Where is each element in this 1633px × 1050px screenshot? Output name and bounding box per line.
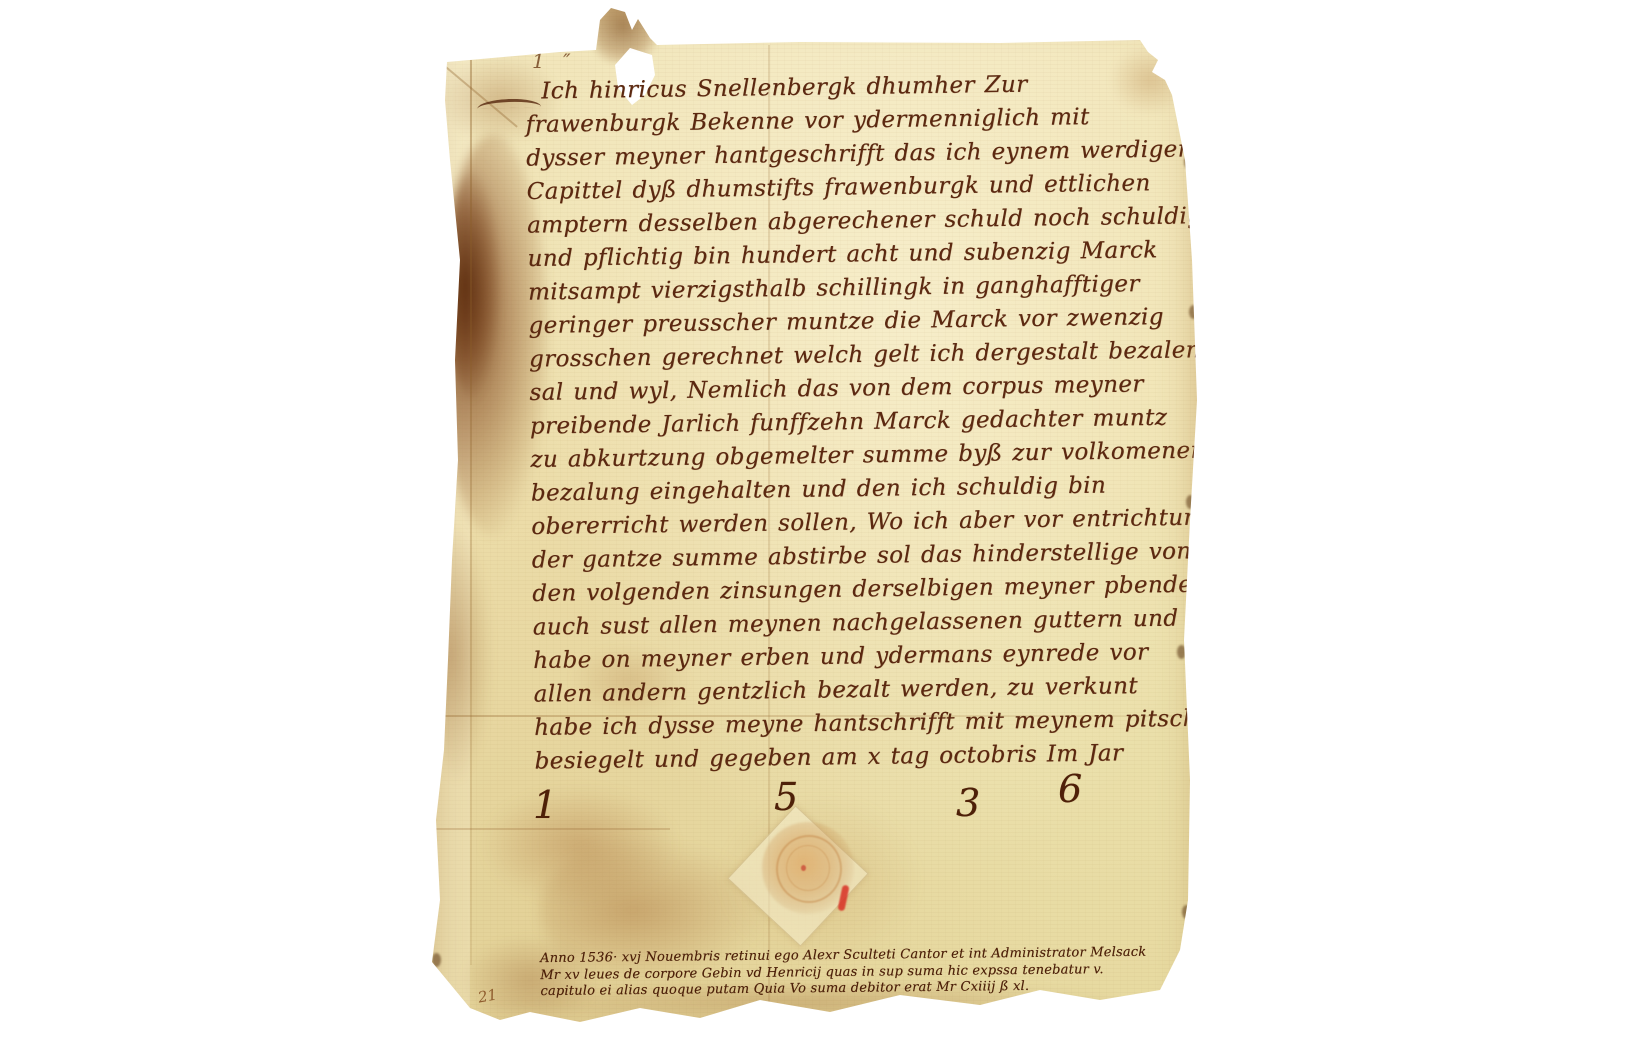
stain-left-edge-dark-core: [446, 170, 501, 400]
edge-stain: [426, 705, 435, 719]
manuscript-page: 1 ″ Ich hinricus Snellenbergk dhumher Zu…: [420, 5, 1205, 1045]
scan-background: 1 ″ Ich hinricus Snellenbergk dhumher Zu…: [0, 0, 1633, 1050]
year-digit: 1: [533, 783, 557, 827]
wax-seal-ring-inner: [786, 845, 830, 891]
stain-left-lower: [432, 525, 492, 785]
red-wax-dot: [801, 865, 806, 871]
year-digit: 6: [1058, 767, 1082, 811]
left-margin-fold-strip: [420, 45, 470, 1015]
year-digit: 3: [956, 781, 980, 825]
edge-stain: [432, 953, 441, 967]
fold-crease-horizontal-bottom: [430, 828, 670, 830]
top-annotation-marks: 1 ″: [532, 49, 577, 73]
fold-crease-corner-diagonal: [444, 65, 518, 128]
archival-number: 21: [477, 985, 499, 1006]
manuscript-text: Ich hinricus Snellenbergk dhumher Zur fr…: [525, 66, 1200, 779]
archivist-note: Anno 1536· xvj Nouembris retinui ego Ale…: [540, 945, 1160, 1001]
edge-stain: [1182, 905, 1191, 919]
stain-bottom-left-1: [480, 785, 680, 905]
fold-crease-vertical-left: [470, 60, 472, 965]
